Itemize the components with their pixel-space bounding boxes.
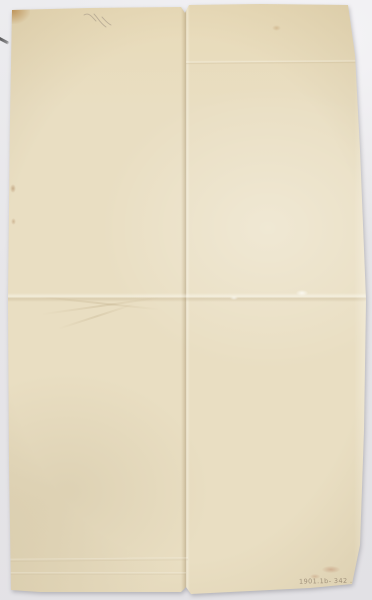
accession-number-inscription: 1901.1b- 342 .A. 11 [299, 576, 367, 585]
foxing-spot [11, 218, 16, 225]
pencil-scribble [80, 9, 114, 33]
bottom-handling-crease [8, 557, 188, 562]
foxing-spot [322, 566, 340, 573]
bottom-handling-crease [8, 572, 186, 575]
upper-right-crease [186, 59, 372, 64]
white-abrasion-spot [230, 296, 238, 300]
paper-sheet: 1901.1b- 342 .A. 11 [0, 0, 372, 600]
white-abrasion-spot [296, 290, 308, 296]
right-edge-highlight [354, 0, 372, 600]
paper-sheet-wrapper: 1901.1b- 342 .A. 11 [0, 0, 372, 600]
photo-background: 1901.1b- 342 .A. 11 [0, 0, 372, 600]
foxing-spot [10, 184, 16, 193]
corner-stain [8, 6, 30, 24]
foxing-spot [272, 25, 281, 31]
